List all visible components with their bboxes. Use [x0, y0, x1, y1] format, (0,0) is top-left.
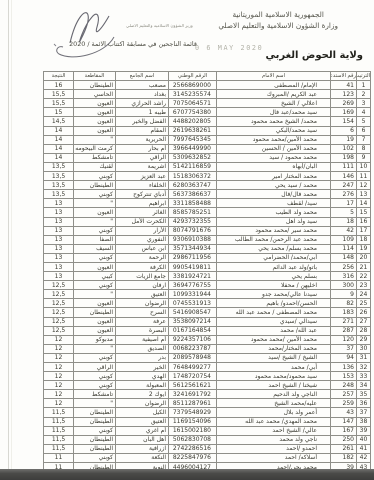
cell-imam-name: سيدالي /سيدي	[217, 317, 331, 326]
cell-rank: 41	[357, 444, 371, 453]
cell-call-number: 146	[331, 172, 357, 181]
cell-national-id: 5612561621	[169, 381, 217, 390]
cell-rank: 5	[357, 117, 371, 126]
cell-imam-name: ناجي ولد محمد	[217, 435, 331, 444]
cell-rank: 21	[357, 262, 371, 271]
cell-result: 13,5	[44, 181, 74, 190]
cell-district: تامشكط	[74, 153, 116, 162]
cell-district: الطينطان	[74, 308, 116, 317]
table-row: 19114محمد بسلم/ محمد يحي3571344934ابن عب…	[44, 244, 371, 253]
table-row: 719محمد الأمين/محمد محمود7997645345الحري…	[44, 135, 371, 144]
cell-rank: 38	[357, 417, 371, 426]
cell-mosque-name: اشريمة	[116, 162, 169, 171]
cell-rank: 33	[357, 372, 371, 381]
cell-rank: 28	[357, 326, 371, 335]
cell-imam-name: محمد المصطفى / محمد عبد الله	[217, 308, 331, 317]
cell-result: 13	[44, 199, 74, 208]
cell-imam-name: عبد الله/ محمد	[217, 326, 331, 335]
cell-imam-name: عبد الكريم /المبروك	[217, 90, 331, 99]
table-row: 5154محمد/ الشيخ محمد محمود4488202805الفض…	[44, 117, 371, 126]
cell-national-id: 5309632852	[169, 153, 217, 162]
cell-mosque-name: النكعة	[116, 453, 169, 462]
cell-call-number: 6	[331, 126, 357, 135]
cell-district: الطينطان	[74, 181, 116, 190]
scan-page-edge-line-faint	[11, 0, 12, 469]
cell-rank: 9	[357, 153, 371, 162]
cell-call-number: 287	[331, 326, 357, 335]
cell-mosque-name: طيبه 1	[116, 108, 169, 117]
cell-district: "	[74, 199, 116, 208]
cell-imam-name: اخليهن / محفلا	[217, 281, 331, 290]
received-date-stamp: 0 6 MAY 2020	[195, 44, 263, 52]
cell-district: الحاسي	[74, 90, 116, 99]
cell-national-id: 6280363747	[169, 181, 217, 190]
cell-mosque-name: الفضل والخير	[116, 117, 169, 126]
cell-call-number: 148	[331, 253, 357, 262]
table-row: 28287عبد الله/ محمد0167164854البصرةالعيو…	[44, 326, 371, 335]
cell-imam-name: محمد المختار امير	[217, 172, 331, 181]
cell-national-id: 1518306372	[169, 172, 217, 181]
cell-mosque-name: الرضوان	[116, 299, 169, 308]
cell-imam-name: سيد محمد/عبد فال	[217, 108, 331, 117]
results-table-body: 141الإمام/ المصطفى2566869000مصعبالطينطان…	[44, 81, 371, 480]
cell-mosque-name: الغائر	[116, 208, 169, 217]
table-row: 1618سيد ولد اهل4293732355الكحرت الأمل"13	[44, 217, 371, 226]
cell-national-id: 8074791676	[169, 226, 217, 235]
cell-call-number: 276	[331, 190, 357, 199]
cell-district: كوبني	[74, 372, 116, 381]
cell-rank: 1	[357, 81, 371, 90]
cell-result: 11,5	[44, 444, 74, 453]
cell-district: كوبني	[74, 426, 116, 435]
cell-imam-name: محمد الأمين/محمد محمود	[217, 135, 331, 144]
cell-national-id: 3571344934	[169, 244, 217, 253]
cell-call-number: 120	[331, 335, 357, 344]
table-row: 13276محمد فال/فال5637386637أدباي تنتركوح…	[44, 190, 371, 199]
cell-call-number: 109	[331, 235, 357, 244]
cell-district: العيون	[74, 299, 116, 308]
cell-imam-name: الإمام/ المصطفى	[217, 81, 331, 90]
cell-call-number: 269	[331, 99, 357, 108]
cell-mosque-name: أم اغري	[116, 426, 169, 435]
cell-imam-name: بسلم يحي	[217, 272, 331, 281]
cell-national-id: 7997645345	[169, 135, 217, 144]
cell-district: كوبني	[74, 253, 116, 262]
cell-imam-name: محمد عبد الرحمن/ محمد الطالب	[217, 235, 331, 244]
cell-mosque-name: مصعب	[116, 81, 169, 90]
cell-result: 14	[44, 153, 74, 162]
cell-imam-name: محمد/ الشيخ محمد محمود	[217, 117, 331, 126]
cell-result: 14	[44, 135, 74, 144]
cell-national-id: 2619638261	[169, 126, 217, 135]
cell-rank: 19	[357, 244, 371, 253]
cell-call-number: 111	[331, 162, 357, 171]
cell-mosque-name: جامع الزيات	[116, 272, 169, 281]
cell-imam-name: الناجي ولد الدحيم	[217, 390, 331, 399]
cell-national-id: 5062830708	[169, 435, 217, 444]
cell-district: العيون	[74, 117, 116, 126]
cell-result: 12	[44, 363, 74, 372]
cell-mosque-name: راشد الحرازي	[116, 99, 169, 108]
table-row: 21256باتو/ولد عبد الدائم9905419811الكرفة…	[44, 262, 371, 271]
column-header-call-number: رقم الاستدعاء	[331, 72, 357, 81]
cell-result: 12,5	[44, 326, 74, 335]
cell-national-id: 8585785251	[169, 208, 217, 217]
cell-result: 13	[44, 272, 74, 281]
cell-call-number: 9	[331, 290, 357, 299]
cell-mosque-name: الحريرية	[116, 135, 169, 144]
cell-imam-name: أبي/محمد/ الحضرامي	[217, 253, 331, 262]
cell-national-id: 4488202805	[169, 117, 217, 126]
cell-mosque-name: عرفة	[116, 317, 169, 326]
cell-national-id: 6707754380	[169, 108, 217, 117]
cell-mosque-name: بدر	[116, 353, 169, 362]
cell-call-number: 5	[331, 208, 357, 217]
cell-mosque-name: ابراهيم	[116, 199, 169, 208]
table-row: 20148أبي/محمد/ الحضرامي2986711956الرحمةك…	[44, 253, 371, 262]
cell-national-id: 3538097214	[169, 317, 217, 326]
table-row: 4169سيد محمد/عبد فال6707754380طيبه 1العي…	[44, 108, 371, 117]
cell-rank: 30	[357, 344, 371, 353]
cell-national-id: 5637386637	[169, 190, 217, 199]
cell-call-number: 42	[331, 226, 357, 235]
column-header-imam-name: اسم الامام	[217, 72, 331, 81]
cell-result: 12	[44, 353, 74, 362]
cell-district: العيون	[74, 208, 116, 217]
cell-district: الطينطان	[74, 444, 116, 453]
table-row: 26183محمد المصطفى / محمد عبد الله5416908…	[44, 308, 371, 317]
cell-national-id: 4293732355	[169, 217, 217, 226]
table-row: 36259عليه/محمد الشيخ8511287961الرضوان"12	[44, 399, 371, 408]
cell-imam-name: محمد سير /محمد محمود	[217, 226, 331, 235]
cell-mosque-name: العتيق	[116, 290, 169, 299]
cell-mosque-name: الرضوان	[116, 399, 169, 408]
cell-mosque-name: الأرار	[116, 226, 169, 235]
table-row: 10111البان/أبهاه5142116859اشريمةلقنيك13,…	[44, 162, 371, 171]
cell-rank: 6	[357, 126, 371, 135]
cell-imam-name: سيد محمد/البكي	[217, 126, 331, 135]
cell-district: العيون	[74, 262, 116, 271]
cell-result: 13	[44, 217, 74, 226]
cell-rank: 27	[357, 317, 371, 326]
cell-mosque-name: ازرافية	[116, 444, 169, 453]
cell-result: 12	[44, 381, 74, 390]
cell-rank: 12	[357, 181, 371, 190]
cell-mosque-name: أم اصيفية	[116, 335, 169, 344]
cell-national-id: 0167164854	[169, 326, 217, 335]
cell-result: 12	[44, 344, 74, 353]
cell-national-id: 1099331944	[169, 290, 217, 299]
cell-rank: 39	[357, 426, 371, 435]
handwritten-signature-icon	[50, 3, 144, 63]
cell-mosque-name: ارفان	[116, 281, 169, 290]
cell-district: الصفا	[74, 235, 116, 244]
cell-call-number: 102	[331, 144, 357, 153]
cell-mosque-name: الكيل	[116, 408, 169, 417]
cell-result: 12	[44, 399, 74, 408]
table-row: 11146محمد المختار امير1518306372عبد العز…	[44, 172, 371, 181]
cell-imam-name: محمد محمود / سيد	[217, 153, 331, 162]
cell-call-number: 182	[331, 453, 357, 462]
cell-mosque-name: البصرة	[116, 326, 169, 335]
cell-rank: 3	[357, 99, 371, 108]
table-row: 2582الحسن/احمدو/ باهيم0745531913الرضوانا…	[44, 299, 371, 308]
cell-result: 11,5	[44, 426, 74, 435]
cell-imam-name: محمد الأمين /محمد محمود	[217, 335, 331, 344]
cell-rank: 18	[357, 235, 371, 244]
cell-district: كوبني	[74, 381, 116, 390]
table-row: 32136أبي/ محمد7648499277الخيرالراقي12	[44, 363, 371, 372]
cell-national-id: 2986711956	[169, 253, 217, 262]
cell-result: 13	[44, 244, 74, 253]
cell-rank: 20	[357, 253, 371, 262]
cell-national-id: 2742286516	[169, 444, 217, 453]
cell-mosque-name: الرحمة	[116, 253, 169, 262]
cell-imam-name: سيدنا عالي/محمد جدو	[217, 290, 331, 299]
table-row: 39167عالي/ الشيخ احمد1615002180أم اغريكو…	[44, 426, 371, 435]
cell-district: كوبني	[74, 281, 116, 290]
cell-result: 13,5	[44, 190, 74, 199]
cell-imam-name: أبي/ محمد	[217, 363, 331, 372]
cell-result: 13	[44, 226, 74, 235]
table-row: 35257الناجي ولد الدحيم3241691792ايوك 2تا…	[44, 390, 371, 399]
cell-rank: 23	[357, 281, 371, 290]
cell-imam-name: محمد المختار/محمد	[217, 344, 331, 353]
cell-mosque-name: الصديق	[116, 344, 169, 353]
cell-national-id: 8225847976	[169, 453, 217, 462]
cell-district: العيون	[74, 126, 116, 135]
cell-mosque-name: الراقي	[116, 153, 169, 162]
cell-call-number: 136	[331, 363, 357, 372]
cell-result: 12,5	[44, 317, 74, 326]
cell-result: 12	[44, 335, 74, 344]
cell-mosque-name: ايوك 2	[116, 390, 169, 399]
cell-result: 13,5	[44, 172, 74, 181]
cell-result: 15	[44, 108, 74, 117]
cell-imam-name: سيد ولد اهل	[217, 217, 331, 226]
table-row: 8102محمد الأمين / الحسين3966449990أم بحا…	[44, 144, 371, 153]
cell-national-id: 1615002180	[169, 426, 217, 435]
cell-call-number: 19	[331, 135, 357, 144]
cell-district: العيون	[74, 326, 116, 335]
cell-national-id: 7075064571	[169, 99, 217, 108]
column-header-national-id: الرقم الوطني	[169, 72, 217, 81]
results-table: الترتيبرقم الاستدعاءاسم الامامالرقم الوط…	[43, 71, 371, 480]
cell-imam-name: عليه/محمد الشيخ	[217, 399, 331, 408]
scan-page-edge-line	[8, 0, 9, 469]
cell-imam-name: أسلاكه/ احمد	[217, 453, 331, 462]
cell-district: الطينطان	[74, 81, 116, 90]
signature-caption: وزير الشؤون الاسلامية والتعليم الاصلي	[126, 23, 196, 28]
cell-district: كوبني	[74, 353, 116, 362]
cell-national-id: 0745531913	[169, 299, 217, 308]
cell-result: 13	[44, 208, 74, 217]
cell-mosque-name: الكحرت الأمل	[116, 217, 169, 226]
cell-call-number: 82	[331, 299, 357, 308]
cell-national-id: 2566869000	[169, 81, 217, 90]
cell-result: 14,5	[44, 117, 74, 126]
cell-national-id: 0068223787	[169, 344, 217, 353]
cell-rank: 16	[357, 217, 371, 226]
cell-imam-name: اعلالي / الشيخ	[217, 99, 331, 108]
table-row: 3743أعمر ولد بلال7379548929الكيلالطينطان…	[44, 408, 371, 417]
cell-district: كوبني	[74, 453, 116, 462]
cell-imam-name: البان/أبهاه	[217, 162, 331, 171]
cell-imam-name: باتو/ولد عبد الدائم	[217, 262, 331, 271]
cell-rank: 25	[357, 299, 371, 308]
cell-result: 12	[44, 390, 74, 399]
cell-national-id: 1748720754	[169, 372, 217, 381]
cell-rank: 24	[357, 290, 371, 299]
cell-mosque-name: بغداد	[116, 90, 169, 99]
cell-imam-name: محمد بسلم/ محمد يحي	[217, 244, 331, 253]
table-row: 33153سيد محمود/محمد محمود1748720754الهدي…	[44, 372, 371, 381]
cell-rank: 40	[357, 435, 371, 444]
cell-call-number: 256	[331, 262, 357, 271]
cell-rank: 13	[357, 190, 371, 199]
cell-imam-name: احمدو /احمد	[217, 444, 331, 453]
cell-result: 15,5	[44, 90, 74, 99]
cell-mosque-name: الكرفة	[116, 262, 169, 271]
cell-district: الطينطان	[74, 408, 116, 417]
cell-district: لقنيك	[74, 162, 116, 171]
cell-result: 12,5	[44, 290, 74, 299]
cell-call-number: 259	[331, 399, 357, 408]
table-row: 27271سيدالي /سيدي3538097214عرفةالعيون12,…	[44, 317, 371, 326]
cell-national-id: 9224357106	[169, 335, 217, 344]
cell-result: 12,5	[44, 299, 74, 308]
cell-mosque-name: أهل البان	[116, 435, 169, 444]
cell-national-id: 3694776755	[169, 281, 217, 290]
cell-district: العيون	[74, 317, 116, 326]
cell-mosque-name: المقام	[116, 126, 169, 135]
cell-rank: 29	[357, 335, 371, 344]
cell-call-number: 248	[331, 381, 357, 390]
table-row: 2123عبد الكريم /المبروك3145235574بغدادال…	[44, 90, 371, 99]
cell-district: الراقي	[74, 363, 116, 372]
letterhead-country-line: الجمهورية الاسلامية الموريتانية	[218, 9, 338, 20]
cell-result: 11,5	[44, 408, 74, 417]
cell-result: 13	[44, 253, 74, 262]
cell-result: 12,5	[44, 281, 74, 290]
table-row: 38147محمد المهدي/ محمد عبد الله116915409…	[44, 417, 371, 426]
cell-call-number: 43	[331, 408, 357, 417]
cell-imam-name: سيد/ لقطف	[217, 199, 331, 208]
table-row: 3037محمد المختار/محمد0068223787الصديق"12	[44, 344, 371, 353]
cell-rank: 22	[357, 272, 371, 281]
cell-call-number: 183	[331, 308, 357, 317]
cell-rank: 10	[357, 162, 371, 171]
cell-mosque-name: ابن عباس	[116, 244, 169, 253]
cell-rank: 15	[357, 208, 371, 217]
cell-district: كرمت البيحومه	[74, 144, 116, 153]
cell-call-number: 94	[331, 353, 357, 362]
list-title: قائمة الناجحين في مسابقة اكتتاب الائمة /…	[66, 40, 200, 48]
letterhead: الجمهورية الاسلامية الموريتانية وزارة ال…	[218, 9, 338, 31]
cell-district: "	[74, 135, 116, 144]
cell-call-number: 250	[331, 435, 357, 444]
cell-result: 13	[44, 235, 74, 244]
column-header-rank: الترتيب	[357, 72, 371, 81]
column-header-district: المقاطعة	[74, 72, 116, 81]
cell-district: كوبني	[74, 190, 116, 199]
cell-result: 13,5	[44, 162, 74, 171]
cell-result: 16	[44, 81, 74, 90]
cell-district: مدبوكو	[74, 335, 116, 344]
cell-rank: 14	[357, 199, 371, 208]
cell-rank: 2	[357, 90, 371, 99]
cell-rank: 11	[357, 172, 371, 181]
cell-call-number: 169	[331, 108, 357, 117]
cell-district: العيون	[74, 108, 116, 117]
cell-result: 11,5	[44, 435, 74, 444]
cell-district: العيون	[74, 99, 116, 108]
table-row: 40250ناجي ولد محمد5062830708أهل البانالط…	[44, 435, 371, 444]
cell-district: "	[74, 344, 116, 353]
cell-rank: 31	[357, 353, 371, 362]
cell-rank: 26	[357, 308, 371, 317]
cell-rank: 4	[357, 108, 371, 117]
cell-mosque-name: أدباي تنتركوح	[116, 190, 169, 199]
cell-mosque-name: العتيق	[116, 417, 169, 426]
table-row: 141الإمام/ المصطفى2566869000مصعبالطينطان…	[44, 81, 371, 90]
cell-rank: 37	[357, 408, 371, 417]
cell-mosque-name: الخير	[116, 363, 169, 372]
cell-rank: 36	[357, 399, 371, 408]
cell-imam-name: محمد ولد الطيب	[217, 208, 331, 217]
cell-result: 13	[44, 262, 74, 271]
cell-rank: 32	[357, 363, 371, 372]
table-row: 1417سيد/ لقطف3311858488ابراهيم"13	[44, 199, 371, 208]
cell-result: 11,5	[44, 417, 74, 426]
cell-result: 14	[44, 144, 74, 153]
cell-result: 14	[44, 126, 74, 135]
cell-call-number: 167	[331, 426, 357, 435]
cell-district: كيبي	[74, 272, 116, 281]
cell-rank: 42	[357, 453, 371, 462]
cell-rank: 34	[357, 381, 371, 390]
cell-call-number: 17	[331, 199, 357, 208]
table-row: 9198محمد محمود / سيد5309632852الراقيتامش…	[44, 153, 371, 162]
cell-imam-name: محمد / سيد يحي	[217, 181, 331, 190]
cell-call-number: 37	[331, 344, 357, 353]
cell-imam-name: محمد فال/فال	[217, 190, 331, 199]
cell-call-number: 300	[331, 281, 357, 290]
table-row: 3269اعلالي / الشيخ7075064571راشد الحرازي…	[44, 99, 371, 108]
table-row: 34248شيخنا / الشيخ احمد5612561621المعبول…	[44, 381, 371, 390]
cell-district: "	[74, 290, 116, 299]
cell-imam-name: شيخنا / الشيخ احمد	[217, 381, 331, 390]
cell-district: "	[74, 217, 116, 226]
cell-national-id: 3311858488	[169, 199, 217, 208]
table-row: 42182أسلاكه/ احمد8225847976النكعةكوبني11	[44, 453, 371, 462]
cell-mosque-name: السرح	[116, 308, 169, 317]
cell-district: "	[74, 399, 116, 408]
cell-district: كوبني	[74, 226, 116, 235]
cell-call-number: 123	[331, 90, 357, 99]
cell-imam-name: الشيخ / الشيخ /سيد	[217, 353, 331, 362]
cell-rank: 8	[357, 144, 371, 153]
table-row: 22316بسلم يحي3381924721جامع الزياتكيبي13	[44, 272, 371, 281]
table-row: 66سيد محمد/البكي2619638261المقامالعيون14	[44, 126, 371, 135]
cell-call-number: 154	[331, 117, 357, 126]
cell-district: تامشكط	[74, 390, 116, 399]
cell-district: الطينطان	[74, 435, 116, 444]
cell-national-id: 9905419811	[169, 262, 217, 271]
cell-result: 12,5	[44, 308, 74, 317]
cell-national-id: 9306910388	[169, 235, 217, 244]
column-header-mosque-name: اسم الجامع	[116, 72, 169, 81]
